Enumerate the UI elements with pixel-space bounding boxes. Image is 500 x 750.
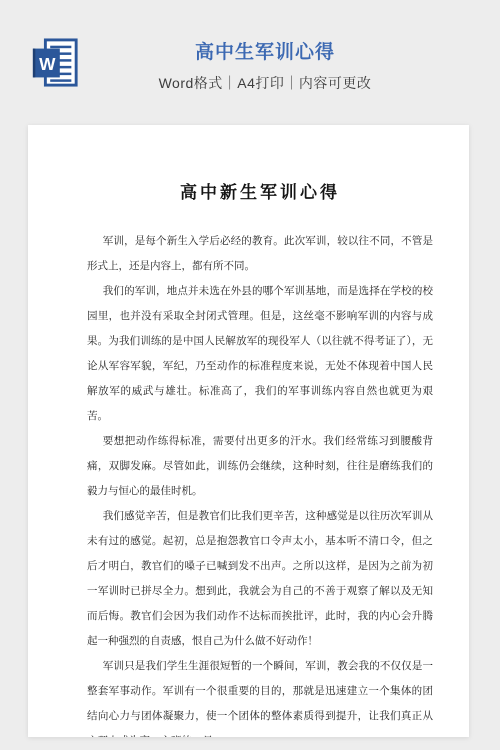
document-body: 军训，是每个新生入学后必经的教育。此次军训，较以往不同，不管是形式上，还是内容上… xyxy=(87,229,433,737)
page-title: 高中生军训心得 xyxy=(30,40,500,66)
paragraph: 我们的军训，地点并未选在外县的哪个军训基地，而是选择在学校的校园里，也并没有采取… xyxy=(87,279,433,429)
page-subtitle: Word格式｜A4打印｜内容可更改 xyxy=(30,73,500,93)
paragraph: 军训只是我们学生生涯很短暂的一个瞬间，军训，教会我的不仅仅是一整套军事动作。军训… xyxy=(87,654,433,737)
header: W 高中生军训心得 Word格式｜A4打印｜内容可更改 xyxy=(0,0,500,110)
document-title: 高中新生军训心得 xyxy=(87,182,433,204)
paragraph: 我们感觉辛苦，但是教官们比我们更辛苦，这种感觉是以往历次军训从未有过的感觉。起初… xyxy=(87,504,433,654)
paragraph: 军训，是每个新生入学后必经的教育。此次军训，较以往不同，不管是形式上，还是内容上… xyxy=(87,229,433,279)
document-page-preview: 高中新生军训心得 军训，是每个新生入学后必经的教育。此次军训，较以往不同，不管是… xyxy=(28,125,469,737)
header-text: 高中生军训心得 Word格式｜A4打印｜内容可更改 xyxy=(30,40,500,93)
paragraph: 要想把动作练得标准，需要付出更多的汗水。我们经常练习到腰酸背痛，双脚发麻。尽管如… xyxy=(87,429,433,504)
